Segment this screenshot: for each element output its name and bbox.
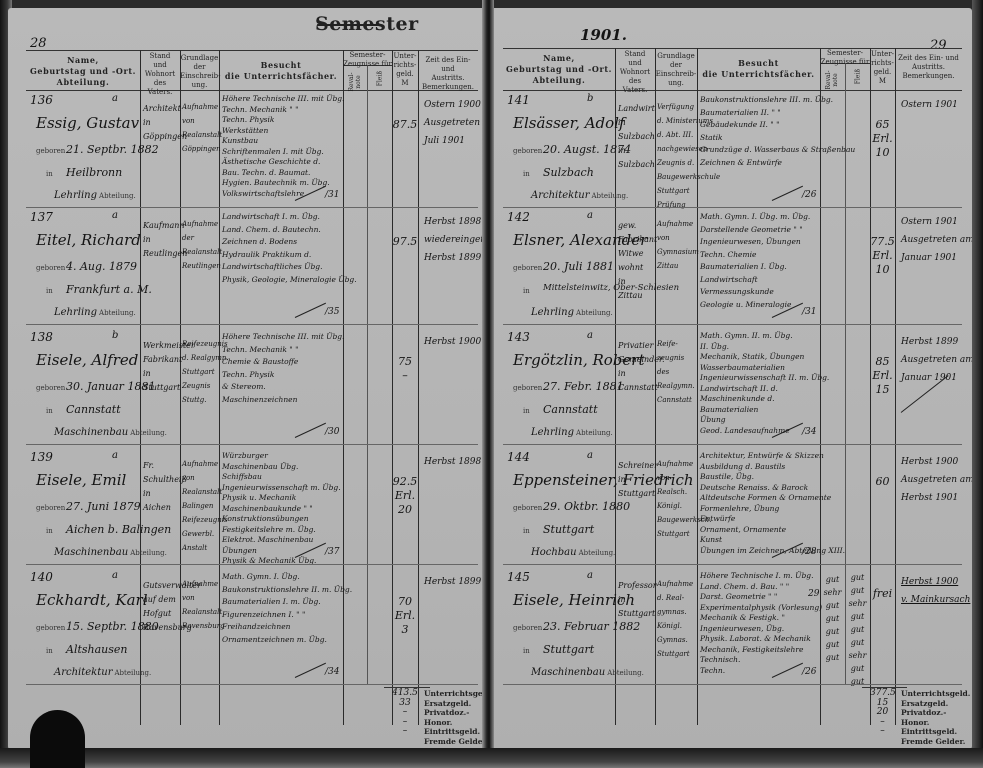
subjects-attended: Höhere Technische III. mit Übg.Techn. Me… [222, 331, 344, 406]
header-besucht: Besuchtdie Unterrichtsfächer. [219, 60, 343, 82]
entry-section: a [112, 450, 118, 461]
father-status-residence: KaufmanninReutlingen [143, 219, 187, 261]
department: ArchitekturAbteilung. [531, 190, 628, 201]
header-top-rule [26, 50, 478, 51]
enrollment-basis: AufnahmederRealanstaltReutlingen [182, 217, 222, 273]
header-besucht: Besuchtdie Unterrichtsfächer. [697, 58, 820, 80]
born-place: Mittelsteinwitz, Ober-Schlesien [543, 283, 679, 293]
subjects-hours-total: /26 [802, 667, 816, 677]
book-gutter [482, 0, 494, 768]
header-zeit: Zeit des Ein- undAustritts.Bemerkungen. [418, 56, 478, 92]
row-divider [503, 444, 962, 445]
column-rule [418, 50, 419, 725]
entry-number: 144 [507, 450, 530, 464]
in-label: in [523, 647, 530, 655]
header-fleiss: Fleiß [377, 69, 384, 89]
in-label: in [523, 287, 530, 295]
born-place: Aichen b. Balingen [66, 523, 171, 536]
header-geld: Unter-richts-geld.M [870, 50, 895, 86]
born-label: geboren [36, 624, 65, 632]
certificate-revalnote: gutsehr gutgutgutgutgut [820, 573, 845, 664]
tuition-fee: 77.5Erl.10 [870, 235, 895, 277]
tuition-fee: 70Erl.3 [392, 595, 418, 637]
subjects-hours-total: /26 [802, 190, 816, 200]
department-label: Abteilung. [579, 549, 616, 557]
tuition-fee: frei [870, 587, 895, 601]
enrollment-basis: AufnahmevonRealanstaltBalingenReifezeugn… [182, 457, 228, 555]
department-value: Maschinenbau [531, 667, 605, 678]
department-value: Lehrling [54, 307, 97, 318]
department-value: Architektur [531, 190, 589, 201]
born-date: 29. Oktbr. 1880 [543, 500, 630, 513]
entry-name: Eisele, Emil [36, 471, 126, 489]
thumb-shadow [30, 710, 85, 768]
book-bottom-edge [0, 748, 983, 768]
tuition-fee: 85Erl.15 [870, 355, 895, 397]
entry-name: Eisele, Alfred [36, 351, 138, 369]
father-status-residence: gew.FabrikantWitwewohntinZittau [618, 219, 657, 303]
department-label: Abteilung. [591, 192, 628, 200]
in-label: in [523, 527, 530, 535]
entry-number: 143 [507, 330, 530, 344]
born-date: 21. Septbr. 1882 [66, 143, 159, 156]
entry-name: Eisele, Heinrich [513, 591, 635, 609]
header-revalnote: Reval-note [348, 72, 362, 92]
subjects-hours-total: /37 [325, 547, 339, 557]
subjects-attended: Math. Gymn. II. m. Übg.II. Übg.Mechanik,… [700, 331, 829, 436]
born-date: 23. Februar 1882 [543, 620, 640, 633]
entry-section: b [112, 330, 118, 341]
subjects-hours-total: /31 [325, 190, 339, 200]
born-place: Stuttgart [543, 523, 594, 536]
enrollment-basis: AufnahmevonRealanstaltGöppingen [182, 100, 222, 156]
tuition-fee: 65Erl.10 [870, 118, 895, 160]
born-label: geboren [36, 504, 65, 512]
department: ArchitekturAbteilung. [54, 667, 151, 678]
register-spread: Semester 28 Name,Geburtstag und -Ort.Abt… [0, 0, 983, 768]
header-bottom-rule [26, 90, 478, 91]
totals-labels: Unterrichtsgeld.Ersatzgeld.Privatdoz.-Ho… [901, 689, 970, 746]
born-date: 27. Febr. 1881 [543, 380, 624, 393]
header-zeugnisse: Semester-Zeugnisse für [820, 49, 870, 67]
born-place: Frankfurt a. M. [66, 283, 152, 296]
department-label: Abteilung. [99, 309, 136, 317]
born-label: geboren [36, 384, 65, 392]
entry-number: 141 [507, 93, 530, 107]
in-label: in [523, 170, 530, 178]
entry-number: 138 [30, 330, 53, 344]
subjects-attended: Höhere Technische III. mit Übg.Techn. Me… [222, 94, 344, 199]
department-value: Architektur [54, 667, 112, 678]
born-label: geboren [36, 147, 65, 155]
father-status-residence: Fr.SchultheißinAichen [143, 459, 187, 515]
department-label: Abteilung. [576, 429, 613, 437]
born-label: geboren [513, 264, 542, 272]
department-value: Maschinenbau [54, 427, 128, 438]
column-rule-thin [367, 65, 368, 685]
born-place: Stuttgart [543, 643, 594, 656]
born-place: Sulzbach [543, 166, 594, 179]
department: LehrlingAbteilung. [54, 190, 136, 201]
entry-section: b [587, 93, 593, 104]
row-divider [503, 207, 962, 208]
entry-number: 142 [507, 210, 530, 224]
row-divider [503, 564, 962, 565]
entry-remarks: Herbst 1899Ausgetreten amJanuar 1901 [901, 333, 974, 387]
column-rule [895, 48, 896, 725]
enrollment-basis: AufnahmevonRealanstaltRavensburg [182, 577, 225, 633]
entry-name: Eckhardt, Karl [36, 591, 148, 609]
entry-section: a [112, 210, 118, 221]
tuition-fee: 87.5 [392, 118, 418, 132]
department: MaschinenbauAbteilung. [54, 427, 167, 438]
born-place: Cannstatt [543, 403, 598, 416]
department: LehrlingAbteilung. [531, 427, 613, 438]
entry-section: a [587, 570, 593, 581]
tuition-fee: 92.5Erl.20 [392, 475, 418, 517]
row-divider [26, 324, 478, 325]
entry-number: 145 [507, 570, 530, 584]
subjects-hours-total: /34 [802, 427, 816, 437]
entry-number: 136 [30, 93, 53, 107]
entry-name: Essig, Gustav [36, 114, 139, 132]
tuition-fee: 75– [392, 355, 418, 383]
enrollment-basis: Reife-zeugnisdesRealgymn.Cannstatt [657, 337, 695, 407]
header-grundlage: GrundlagederEinschreib-ung. [180, 54, 219, 90]
born-label: geboren [36, 264, 65, 272]
header-zeit: Zeit des Ein- undAustritts.Bemerkungen. [895, 54, 962, 81]
father-status-residence: ArchitektinGöppingen [143, 102, 187, 144]
entry-remarks: Herbst 1898 [424, 453, 481, 471]
entry-remarks: Herbst 1900v. Mainkursach [901, 573, 970, 609]
subjects-hours-total: /35 [325, 307, 339, 317]
entry-remarks: Herbst 1900 [424, 333, 481, 351]
born-date: 27. Juni 1879 [66, 500, 141, 513]
subjects-hours-total: /30 [325, 427, 339, 437]
father-status-residence: SchreinerinStuttgart [618, 459, 658, 501]
enrollment-basis: Aufnahmed. Real-gymnas.Königl.Gymnas.Stu… [657, 577, 693, 661]
entry-remarks: Herbst 1898wiedereingetr.Herbst 1899 [424, 213, 490, 267]
entry-section: a [587, 450, 593, 461]
in-label: in [46, 647, 53, 655]
header-name: Name,Geburtstag und -Ort.Abteilung. [503, 53, 615, 86]
department-label: Abteilung. [99, 192, 136, 200]
row-divider [26, 207, 478, 208]
in-label: in [46, 287, 53, 295]
entry-section: a [112, 570, 118, 581]
header-stand: StandundWohnortdesVaters. [140, 52, 180, 97]
department: LehrlingAbteilung. [54, 307, 136, 318]
in-label: in [46, 527, 53, 535]
header-zeugnisse: Semester-Zeugnisse für [343, 51, 392, 69]
entry-name: Elsässer, Adolf [513, 114, 625, 132]
born-place: Heilbronn [66, 166, 122, 179]
header-name: Name,Geburtstag und -Ort.Abteilung. [26, 55, 140, 88]
header-bottom-rule [503, 90, 962, 91]
department-label: Abteilung. [130, 429, 167, 437]
subjects-attended: WürzburgerMaschinenbau Übg.SchiffsbauIng… [222, 451, 341, 567]
in-label: in [46, 407, 53, 415]
born-place: Cannstatt [66, 403, 121, 416]
header-stand: StandundWohnortdesVaters. [615, 50, 655, 95]
totals-values: 413.533––– [392, 689, 418, 737]
subjects-attended: Math. Gymn. I. Übg. m. Übg.Darstellende … [700, 211, 810, 311]
subjects-attended: Höhere Technische I. m. Übg.Land. Chem. … [700, 571, 822, 676]
born-label: geboren [513, 384, 542, 392]
row-divider [26, 564, 478, 565]
department: MaschinenbauAbteilung. [54, 547, 167, 558]
right-page-number: 29 [930, 38, 947, 53]
department-label: Abteilung. [114, 669, 151, 677]
subjects-attended: Architektur, Entwürfe & SkizzenAusbildun… [700, 451, 845, 556]
entry-section: a [587, 330, 593, 341]
entry-remarks: Ostern 1901Ausgetreten amJanuar 1901 [901, 213, 974, 267]
row-divider [26, 444, 478, 445]
enrollment-basis: AufnahmevonGymnasiumZittau [657, 217, 699, 273]
tuition-fee: 97.5 [392, 235, 418, 249]
totals-values: 377.51520–– [870, 689, 895, 737]
department: HochbauAbteilung. [531, 547, 615, 558]
department: LehrlingAbteilung. [531, 307, 613, 318]
in-label: in [46, 170, 53, 178]
header-fleiss: Fleiß [855, 67, 862, 87]
born-date: 20. Juli 1881 [543, 260, 614, 273]
subjects-hours-total: /34 [325, 667, 339, 677]
row-divider [503, 324, 962, 325]
header-geld: Unter-richts-geld.M [392, 52, 418, 88]
in-label: in [523, 407, 530, 415]
subjects-attended: Landwirtschaft I. m. Übg.Land. Chem. d. … [222, 211, 357, 286]
entry-number: 140 [30, 570, 53, 584]
department-value: Hochbau [531, 547, 577, 558]
entry-number: 139 [30, 450, 53, 464]
tuition-fee: 60 [870, 475, 895, 489]
row-divider [503, 684, 962, 685]
department-label: Abteilung. [576, 309, 613, 317]
certificate-extra: 29 [808, 589, 819, 599]
header-grundlage: GrundlagederEinschreib-ung. [655, 52, 697, 88]
header-revalnote: Reval-note [825, 70, 839, 90]
department: MaschinenbauAbteilung. [531, 667, 644, 678]
entry-section: a [112, 93, 118, 104]
book-right-edge [972, 0, 983, 768]
subjects-attended: Baukonstruktionslehre III. m. Übg.Baumat… [700, 94, 855, 169]
year: 1901. [580, 26, 627, 44]
born-label: geboren [513, 624, 542, 632]
subjects-hours-total: /28 [802, 547, 816, 557]
semester-title: Semester [315, 13, 419, 35]
subjects-attended: Math. Gymn. I. Übg.Baukonstruktionslehre… [222, 571, 352, 646]
father-status-residence: ProfessorinStuttgart [618, 579, 657, 621]
father-status-residence: LandwirtinSulzbachinSulzbach [618, 102, 655, 172]
born-date: 4. Aug. 1879 [66, 260, 137, 273]
entry-section: a [587, 210, 593, 221]
department-value: Lehrling [531, 307, 574, 318]
left-page-number: 28 [30, 36, 47, 51]
entry-remarks: Herbst 1899 [424, 573, 481, 591]
row-divider [26, 684, 478, 685]
department-value: Lehrling [54, 190, 97, 201]
entry-number: 137 [30, 210, 53, 224]
department-label: Abteilung. [607, 669, 644, 677]
born-label: geboren [513, 147, 542, 155]
born-place: Altshausen [66, 643, 128, 656]
entry-remarks: Ostern 1901 [901, 96, 958, 114]
certificate-fleiss: gutgutsehr gutgutgutsehr gutgut [845, 571, 870, 688]
header-top-rule [503, 48, 962, 49]
entry-remarks: Herbst 1900Ausgetreten amHerbst 1901 [901, 453, 974, 507]
born-label: geboren [513, 504, 542, 512]
department-label: Abteilung. [130, 549, 167, 557]
department-value: Lehrling [531, 427, 574, 438]
subjects-hours-total: /31 [802, 307, 816, 317]
entry-name: Eitel, Richard [36, 231, 141, 249]
department-value: Maschinenbau [54, 547, 128, 558]
